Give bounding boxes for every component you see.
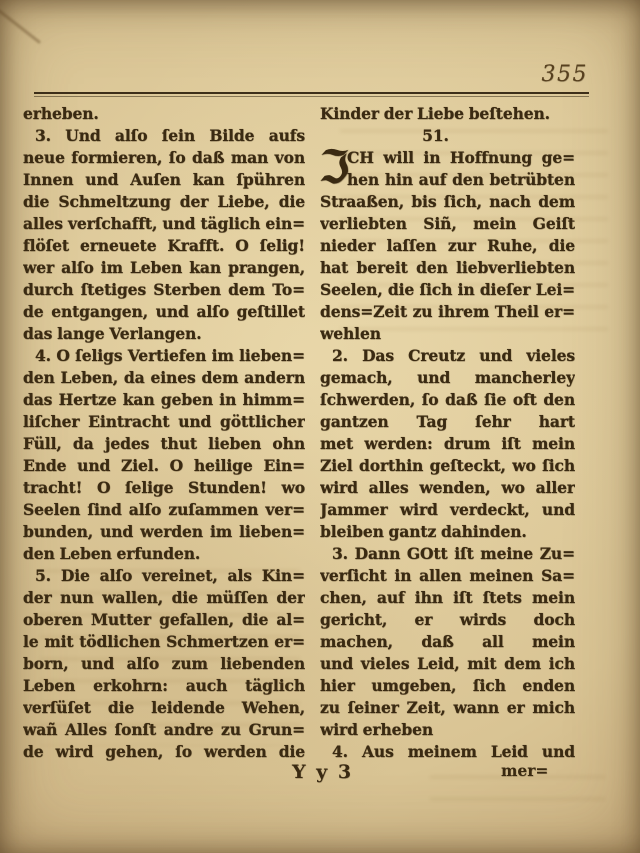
- text-line: die Schmeltzung der Liebe, die: [23, 191, 305, 213]
- page-number: 355: [542, 62, 589, 87]
- text-line: Ende und Ziel. O heilige Ein=: [23, 455, 305, 477]
- text-line: gericht, er wirds doch endlich: [320, 609, 575, 631]
- text-line: liſcher Eintracht und göttlicher: [23, 411, 305, 433]
- text-line: CH will in Hoffnung ge=: [320, 147, 575, 169]
- text-line: nieder laſſen zur Ruhe, die GOtt: [320, 235, 575, 257]
- text-line: oberen Mutter gefallen, die al=: [23, 609, 305, 631]
- text-line: Seelen, die ſich in dieſer Lei=: [320, 279, 575, 301]
- text-line: und vieles Leid, mit dem ich: [320, 653, 575, 675]
- page-footer: Y y 3 mer=: [0, 761, 640, 785]
- text-line: alles verſchafft, und täglich ein=: [23, 213, 305, 235]
- text-line: Ziel dorthin geſteckt, wo ſich: [320, 455, 575, 477]
- text-line: tracht! O ſelige Stunden! wo: [23, 477, 305, 499]
- text-line: 5. Die alſo vereinet, als Kin=: [23, 565, 305, 587]
- text-line: 2. Das Creutz und vieles Un=: [320, 345, 575, 367]
- text-line: born, und alſo zum liebenden: [23, 653, 305, 675]
- text-line: verſicht in allen meinen Sa=: [320, 565, 575, 587]
- text-line: Füll, da jedes thut lieben ohn: [23, 433, 305, 455]
- left-column: erheben.3. Und alſo ſein Bilde aufsneue …: [23, 103, 305, 763]
- text-line: gemach, und mancherley Be=: [320, 367, 575, 389]
- text-line: das lange Verlangen.: [23, 323, 305, 345]
- text-line: ſchwerden, ſo daß ſie oft den: [320, 389, 575, 411]
- text-line: le mit tödlichen Schmertzen er=: [23, 631, 305, 653]
- text-line: verliebten Siñ, mein Geiſt kan: [320, 213, 575, 235]
- text-line: Seelen ſind alſo zuſammen ver=: [23, 499, 305, 521]
- text-line: Innen und Auſen kan ſpühren: [23, 169, 305, 191]
- text-line: wer alſo im Leben kan prangen,: [23, 257, 305, 279]
- text-line: hier umgeben, ſich enden wird: [320, 675, 575, 697]
- text-line: 3. Und alſo ſein Bilde aufs: [23, 125, 305, 147]
- text-line: wañ Alles ſonſt andre zu Grun=: [23, 719, 305, 741]
- text-line: hat bereit den liebverliebten: [320, 257, 575, 279]
- text-line: wehlen: [320, 323, 575, 345]
- text-line: gantzen Tag ſehr hart geklem=: [320, 411, 575, 433]
- text-line: wird alles wenden, wo aller: [320, 477, 575, 499]
- text-line: de wird gehen, ſo werden die: [23, 741, 305, 763]
- drop-cap-initial: ℑ: [318, 142, 346, 194]
- text-line: bunden, und werden im lieben=: [23, 521, 305, 543]
- signature-mark: Y y 3: [292, 761, 353, 783]
- text-line: met werden: drum iſt mein: [320, 433, 575, 455]
- text-columns: erheben.3. Und alſo ſein Bilde aufsneue …: [23, 103, 575, 763]
- text-line: neue formieren, ſo daß man von: [23, 147, 305, 169]
- text-line: de entgangen, und alſo geſtillet: [23, 301, 305, 323]
- text-line: 4. Aus meinem Leid und Jam=: [320, 741, 575, 763]
- paper-crease: [0, 7, 41, 44]
- text-line: das Hertze kan geben in himm=: [23, 389, 305, 411]
- text-line: wird erheben: [320, 719, 575, 741]
- text-line: Straaßen, bis ſich, nach dem: [320, 191, 575, 213]
- text-line: dens=Zeit zu ihrem Theil er=: [320, 301, 575, 323]
- text-line: 3. Dann GOtt iſt meine Zu=: [320, 543, 575, 565]
- text-line: erheben.: [23, 103, 305, 125]
- text-line: 51.: [320, 125, 575, 147]
- catchword: mer=: [501, 761, 548, 780]
- text-line: Jammer wird verdeckt, und: [320, 499, 575, 521]
- text-line: chen, auf ihn iſt ſtets mein Hertz: [320, 587, 575, 609]
- header-rule: [34, 92, 589, 97]
- text-line: durch ſtetiges Sterben dem To=: [23, 279, 305, 301]
- text-line: Leben erkohrn: auch täglich: [23, 675, 305, 697]
- text-line: zu ſeiner Zeit, wann er mich: [320, 697, 575, 719]
- text-line: den Leben erfunden.: [23, 543, 305, 565]
- text-line: bleiben gantz dahinden.: [320, 521, 575, 543]
- text-line: verſüſet die leidende Wehen,: [23, 697, 305, 719]
- right-column: ℑ Kinder der Liebe beſtehen.51.CH will i…: [320, 103, 575, 763]
- text-line: der nun wallen, die müſſen der: [23, 587, 305, 609]
- text-line: Kinder der Liebe beſtehen.: [320, 103, 575, 125]
- text-line: machen, daß all mein Schmertz: [320, 631, 575, 653]
- text-line: hen hin auf den betrübten: [320, 169, 575, 191]
- book-page: 355 erheben.3. Und alſo ſein Bilde aufsn…: [0, 0, 640, 853]
- text-line: den Leben, da eines dem andern: [23, 367, 305, 389]
- text-line: flöſet erneuete Krafft. O ſelig!: [23, 235, 305, 257]
- text-line: 4. O ſeligs Vertiefen im lieben=: [23, 345, 305, 367]
